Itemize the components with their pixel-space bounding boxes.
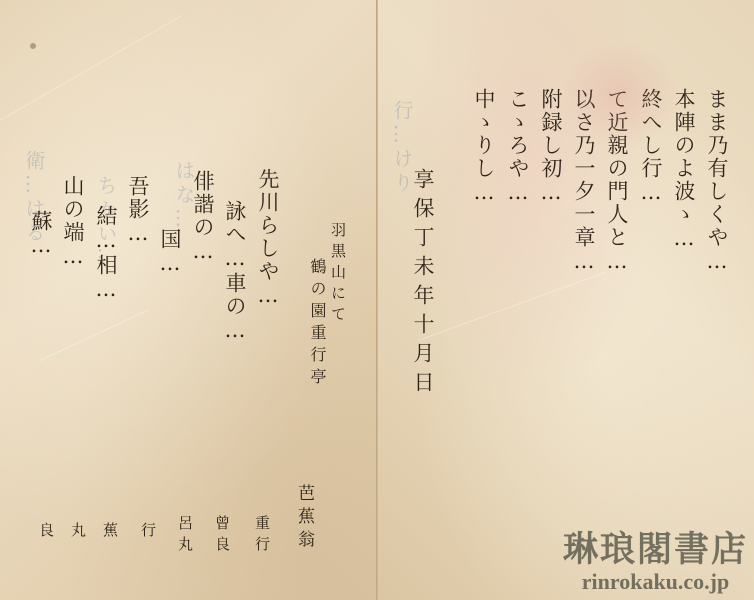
faded-red-seal <box>560 40 680 150</box>
participant-name: 重行 <box>252 515 273 575</box>
body-column: 蘇… <box>28 210 54 500</box>
participant-name: 行 <box>138 522 159 562</box>
date-line: 享保丁未年十月日 <box>408 168 438 438</box>
body-column: 終へし行… <box>638 88 664 558</box>
left-page: 衛…はる ちかい… はな… 羽黒山にて 鶴の園重行亭 先川らしや… 詠へ…車の…… <box>0 0 377 600</box>
body-column: こゝろや… <box>505 88 531 558</box>
body-column: 山の端… <box>60 175 86 495</box>
participant-name: 丸 <box>68 522 89 562</box>
body-column: 詠へ…車の… <box>222 200 248 500</box>
watermark: 琳琅閣書店 rinrokaku.co.jp <box>563 530 748 594</box>
body-column: 以さ乃一夕一章… <box>571 88 597 558</box>
body-column: 国… <box>157 228 183 498</box>
participant-name: 呂丸 <box>175 515 196 575</box>
paper-stain <box>30 43 36 49</box>
body-column: 中ゝりし… <box>471 88 497 558</box>
watermark-url: rinrokaku.co.jp <box>563 570 748 594</box>
author-signature: 芭蕉翁 <box>292 484 317 564</box>
participant-name: 曾良 <box>212 515 233 575</box>
heading-host: 鶴の園重行亭 <box>306 258 329 408</box>
body-column: 本陣のよ波ゝ… <box>671 88 697 558</box>
participant-name: 蕉 <box>100 522 121 562</box>
heading-place: 羽黒山にて <box>328 222 349 332</box>
body-column: まま乃有しくや… <box>704 88 730 558</box>
body-column: て近親の門人と… <box>604 88 630 558</box>
watermark-shop-name: 琳琅閣書店 <box>563 530 748 570</box>
paper-crease <box>0 15 182 121</box>
participant-name: 良 <box>36 522 57 562</box>
body-column: 附録し初… <box>538 88 564 558</box>
body-column: 俳諧の… <box>190 170 216 490</box>
body-column: 結…相… <box>93 205 119 495</box>
body-column: 先川らしや… <box>255 168 281 498</box>
body-column: 吾影… <box>125 175 151 495</box>
